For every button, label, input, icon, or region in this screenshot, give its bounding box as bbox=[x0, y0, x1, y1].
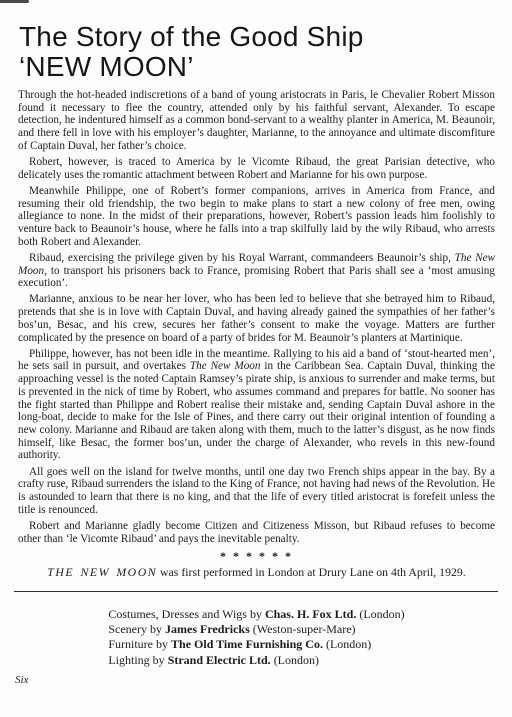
asterisk-separator: * * * * * * bbox=[18, 549, 495, 564]
title-line-2: ‘NEW MOON’ bbox=[19, 52, 495, 82]
story-paragraph-6: Philippe, however, has not been idle in … bbox=[18, 348, 495, 462]
credit-line-scenery: Scenery by James Fredricks (Weston-super… bbox=[108, 622, 404, 637]
title-line-1: The Story of the Good Ship bbox=[19, 22, 495, 52]
story-paragraph-5: Marianne, anxious to be near her lover, … bbox=[18, 293, 495, 344]
credits-block: Costumes, Dresses and Wigs by Chas. H. F… bbox=[108, 607, 404, 668]
story-text: Through the hot-headed indiscretions of … bbox=[18, 89, 495, 545]
story-paragraph-4: Ribaud, exercising the privilege given b… bbox=[18, 252, 495, 290]
credit-line-furniture: Furniture by The Old Time Furnishing Co.… bbox=[108, 637, 404, 652]
credit-line-costumes: Costumes, Dresses and Wigs by Chas. H. F… bbox=[108, 607, 404, 622]
story-paragraph-1: Through the hot-headed indiscretions of … bbox=[18, 89, 495, 153]
story-paragraph-7: All goes well on the island for twelve m… bbox=[18, 466, 495, 517]
page-title: The Story of the Good Ship ‘NEW MOON’ bbox=[19, 22, 495, 82]
premiere-line: THE NEW MOON was first performed in Lond… bbox=[18, 565, 495, 580]
programme-page: The Story of the Good Ship ‘NEW MOON’ Th… bbox=[0, 0, 512, 686]
divider-rule bbox=[14, 591, 498, 592]
story-paragraph-3: Meanwhile Philippe, one of Robert’s form… bbox=[18, 185, 495, 249]
page-number: Six bbox=[15, 674, 495, 686]
story-paragraph-8: Robert and Marianne gladly become Citize… bbox=[18, 520, 495, 545]
story-paragraph-2: Robert, however, is traced to America by… bbox=[18, 156, 495, 181]
credit-line-lighting: Lighting by Strand Electric Ltd. (London… bbox=[108, 653, 404, 668]
